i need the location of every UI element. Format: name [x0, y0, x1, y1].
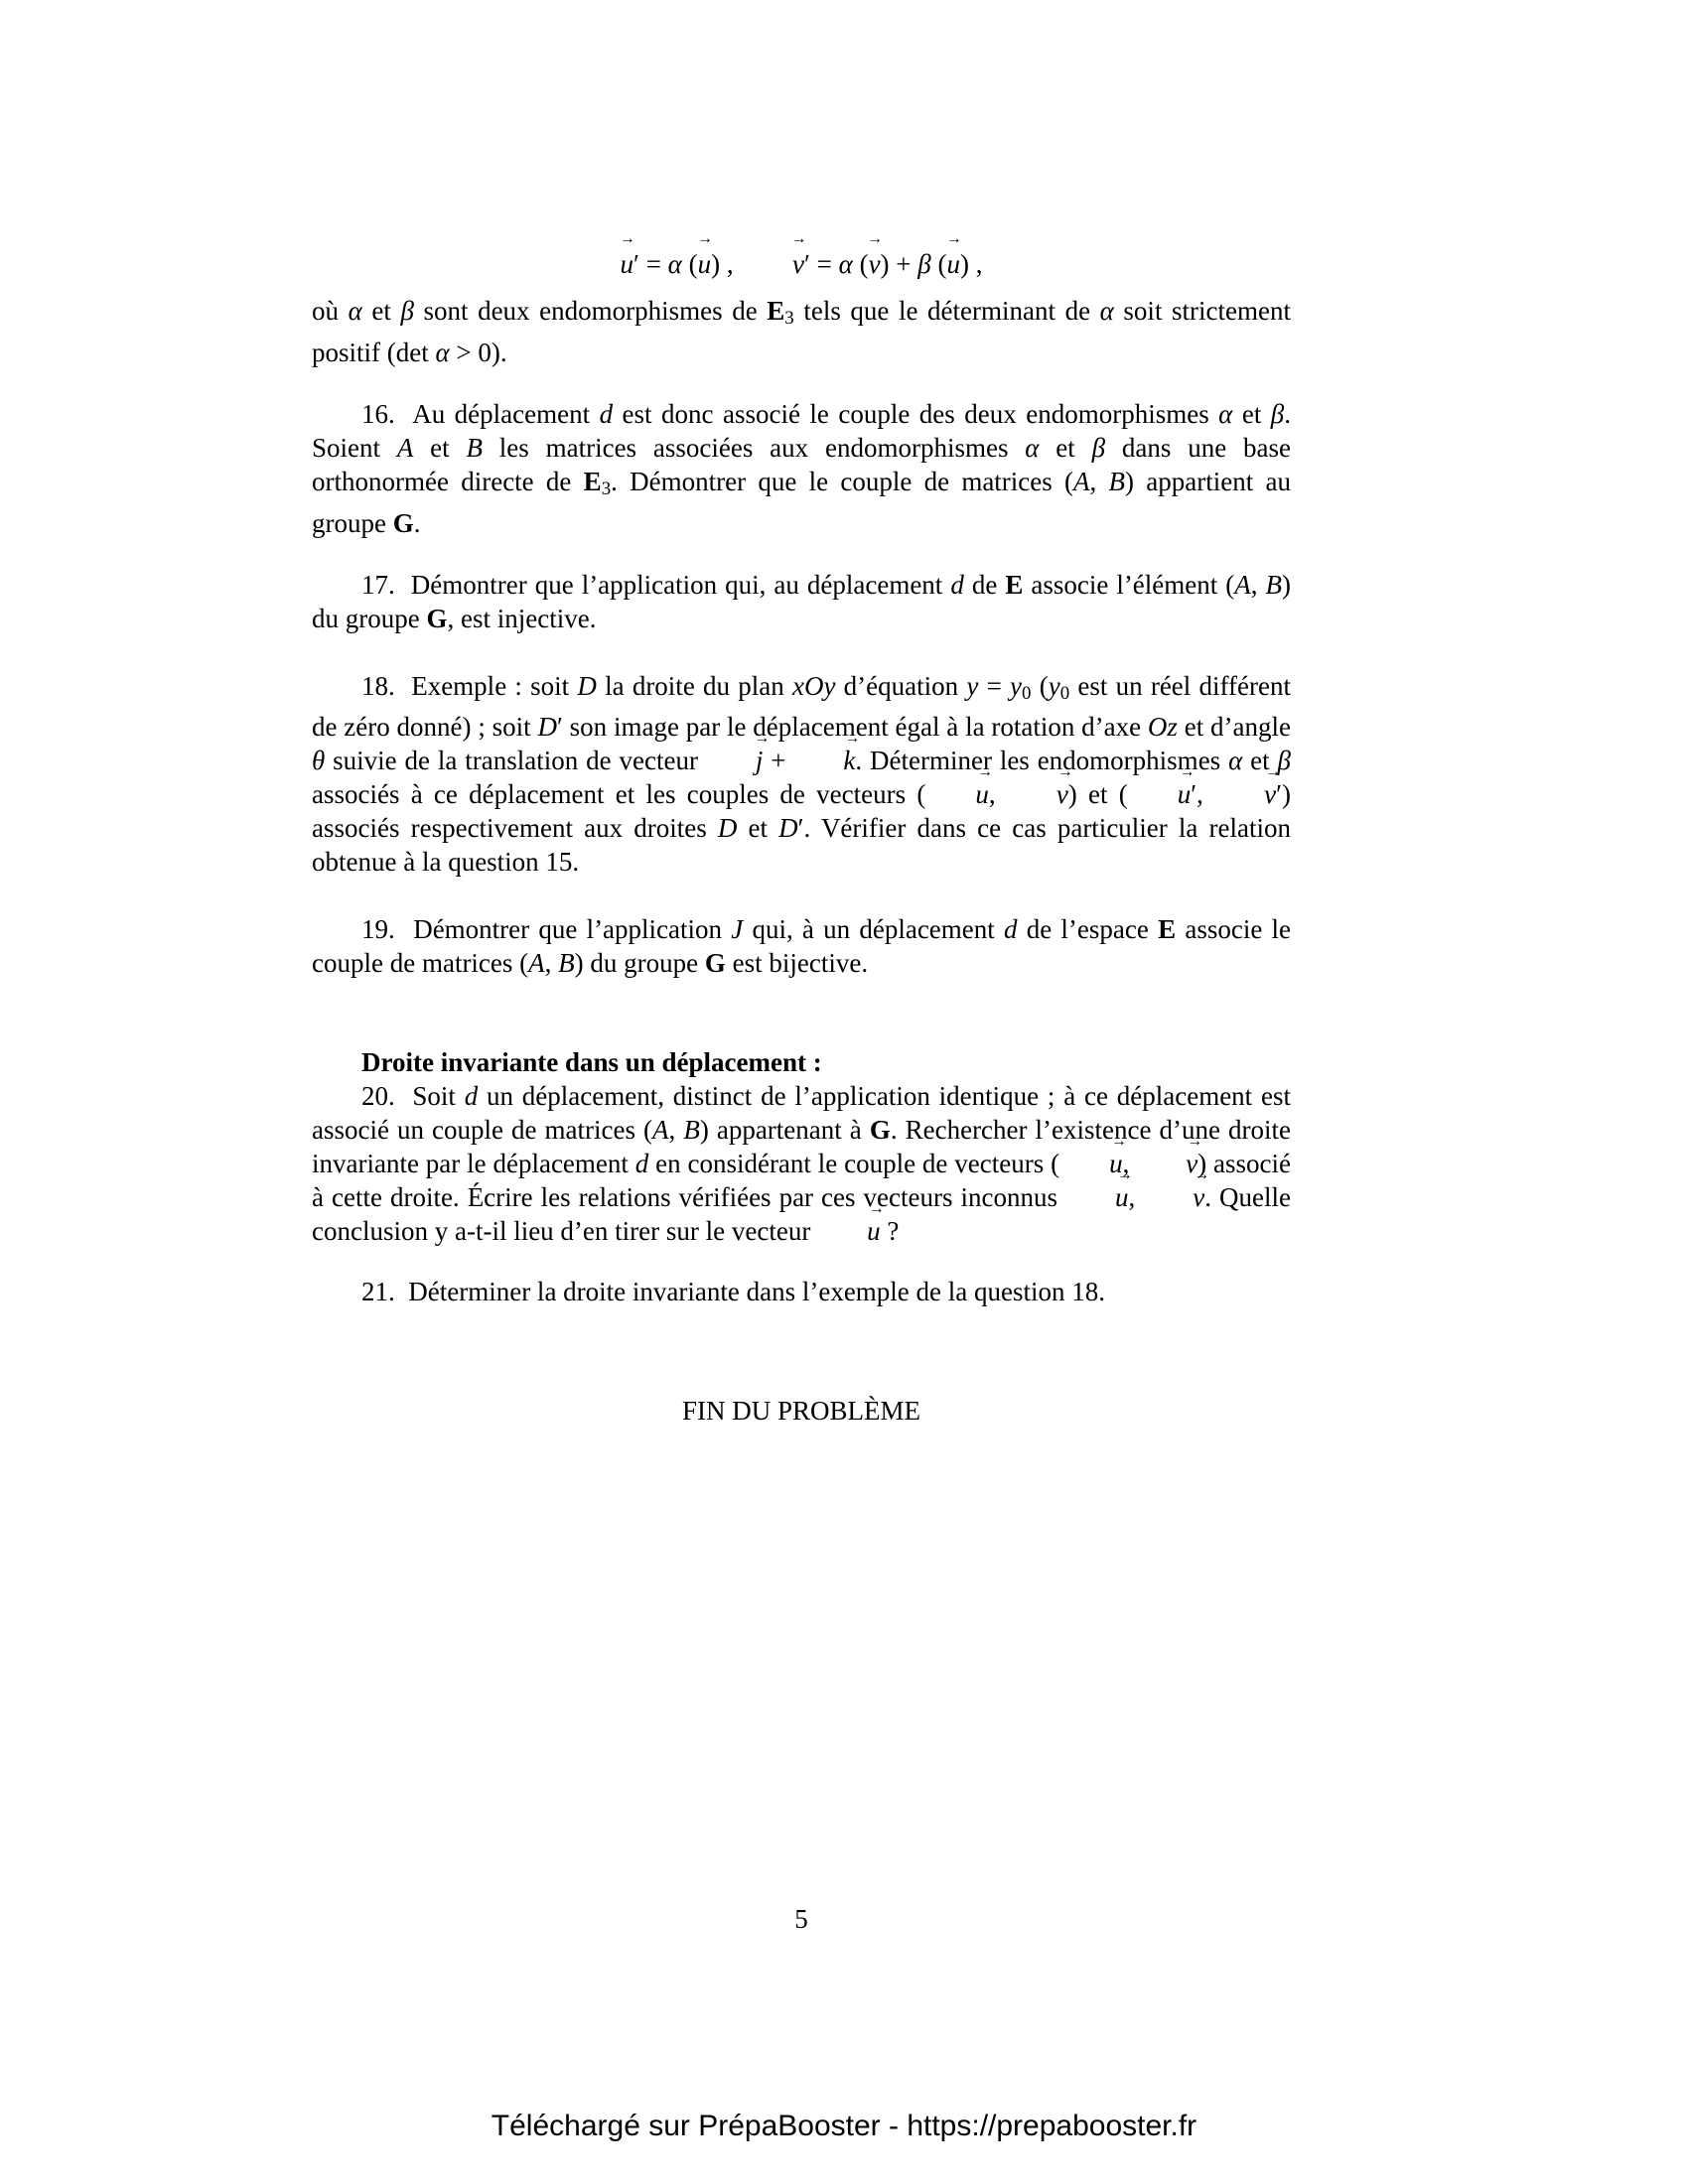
text-run: B: [466, 433, 483, 463]
text-run: G: [426, 604, 447, 633]
text-run: E: [767, 296, 784, 326]
vector-u-with-arrow-icon: u: [925, 777, 989, 811]
vector-k-with-arrow-icon: k: [793, 744, 855, 777]
text-run: tels que le déterminant de: [794, 296, 1100, 326]
text-run: y: [1049, 671, 1060, 701]
text-run: J: [731, 914, 743, 944]
text-run: d’équation: [835, 671, 966, 701]
display-formula: u′ = α (u) , v′ = α (v) + β (u) ,: [312, 244, 1291, 284]
text-run: sont deux endomorphismes de: [414, 296, 767, 326]
text-run: d: [1004, 914, 1018, 944]
text-run: et d’angle: [1178, 712, 1291, 742]
text-run: α: [1025, 433, 1039, 463]
text-run: où: [312, 296, 349, 326]
question-20: 20. Soit d un déplacement, distinct de l…: [312, 1079, 1291, 1248]
text-run: ,: [989, 779, 1007, 809]
text-run: et: [1039, 433, 1091, 463]
text-run: et: [1232, 399, 1270, 429]
intro-ou: où α et β sont deux endomorphismes de E3…: [312, 294, 1291, 369]
text-run: D: [537, 712, 557, 742]
text-run: est bijective.: [726, 948, 868, 978]
text-run: G: [705, 948, 726, 978]
vector-u-with-arrow-icon: u: [1065, 1180, 1129, 1214]
text-run: +: [763, 746, 793, 775]
text-run: d: [635, 1149, 649, 1178]
question-19: 19. Démontrer que l’application J qui, à…: [312, 912, 1291, 980]
text-run: A: [397, 433, 414, 463]
text-run: associés à ce déplacement et les couples…: [312, 779, 925, 809]
text-run: B: [683, 1115, 700, 1145]
text-run: ′,: [1191, 779, 1214, 809]
text-run: ,: [1090, 467, 1109, 496]
text-run: α: [1218, 399, 1232, 429]
text-run: ) ,: [711, 249, 734, 279]
text-run: ′ =: [633, 249, 668, 279]
text-run: ) et (: [1068, 779, 1128, 809]
text-run: α: [839, 249, 853, 279]
text-run: A: [1073, 467, 1090, 496]
text-run: B: [558, 948, 575, 978]
text-run: B: [1109, 467, 1126, 496]
vector-v-with-arrow-icon: v: [869, 244, 881, 284]
fin-du-probleme: FIN DU PROBLÈME: [312, 1394, 1291, 1428]
text-run: qui, à un déplacement: [743, 914, 1004, 944]
text-run: (: [853, 249, 869, 279]
document-body: u′ = α (u) , v′ = α (v) + β (u) ,où α et…: [312, 244, 1291, 1428]
text-run: ,: [545, 948, 559, 978]
text-run: β: [917, 249, 930, 279]
text-run: α: [435, 338, 449, 367]
vector-v-with-arrow-icon: v: [792, 244, 804, 284]
text-run: xOy: [792, 671, 835, 701]
vector-u-with-arrow-icon: u: [817, 1214, 881, 1248]
text-run: A: [528, 948, 545, 978]
text-run: 18. Exemple : soit: [361, 671, 577, 701]
text-run: les matrices associées aux endomorphisme…: [483, 433, 1025, 463]
text-run: D: [577, 671, 597, 701]
text-run: (: [1031, 671, 1048, 701]
text-run: .: [414, 508, 421, 538]
text-run: et: [362, 296, 401, 326]
text-run: 21. Déterminer la droite invariante dans…: [361, 1277, 1105, 1306]
download-footer: Téléchargé sur PrépaBooster - https://pr…: [0, 2109, 1688, 2144]
text-run: A: [1234, 570, 1251, 600]
text-run: 3: [784, 308, 793, 329]
text-run: (: [682, 249, 698, 279]
vector-v-with-arrow-icon: v: [1214, 777, 1276, 811]
text-run: ) ,: [960, 249, 983, 279]
text-run: de: [964, 570, 1006, 600]
text-run: Oz: [1148, 712, 1178, 742]
text-run: la droite du plan: [597, 671, 792, 701]
text-run: E: [1005, 570, 1023, 600]
vector-u-with-arrow-icon: u: [698, 244, 712, 284]
text-run: 17. Démontrer que l’application qui, au …: [361, 570, 950, 600]
text-run: , est injective.: [448, 604, 597, 633]
text-run: 0: [1060, 682, 1069, 703]
text-run: =: [978, 671, 1010, 701]
document-page: u′ = α (u) , v′ = α (v) + β (u) ,où α et…: [0, 0, 1688, 2184]
text-run: β: [1092, 433, 1105, 463]
text-run: d: [465, 1081, 479, 1111]
text-run: α: [668, 249, 682, 279]
vector-j-with-arrow-icon: j: [706, 744, 764, 777]
text-run: ) appartenant à: [700, 1115, 870, 1145]
question-21: 21. Déterminer la droite invariante dans…: [312, 1275, 1291, 1308]
text-run: ,: [1129, 1182, 1144, 1212]
vector-v-with-arrow-icon: v: [1143, 1180, 1204, 1214]
text-run: ′ =: [804, 249, 839, 279]
text-run: E: [584, 467, 602, 496]
vector-v-with-arrow-icon: v: [1007, 777, 1068, 811]
text-run: 20. Soit: [361, 1081, 465, 1111]
text-run: 3: [602, 478, 611, 499]
text-run: (: [931, 249, 947, 279]
text-run: α: [349, 296, 362, 326]
text-run: suivie de la translation de vecteur: [325, 746, 706, 775]
text-run: ) +: [881, 249, 918, 279]
text-run: E: [1158, 914, 1176, 944]
text-run: . Démontrer que le couple de matrices (: [611, 467, 1073, 496]
text-run: β: [1271, 399, 1284, 429]
page-number: 5: [312, 1902, 1291, 1936]
text-run: y: [966, 671, 978, 701]
question-16: 16. Au déplacement d est donc associé le…: [312, 397, 1291, 540]
text-run: > 0).: [450, 338, 507, 367]
text-run: G: [393, 508, 414, 538]
vector-u-with-arrow-icon: u: [621, 244, 634, 284]
text-run: 16. Au déplacement: [361, 399, 600, 429]
text-run: associe l’élément (: [1023, 570, 1234, 600]
text-run: d: [600, 399, 614, 429]
text-run: β: [400, 296, 413, 326]
text-run: et: [737, 813, 778, 843]
text-run: G: [870, 1115, 891, 1145]
text-run: Droite invariante dans un déplacement :: [361, 1047, 822, 1077]
text-run: D: [718, 813, 738, 843]
question-18: 18. Exemple : soit D la droite du plan x…: [312, 669, 1291, 880]
text-run: 19. Démontrer que l’application: [361, 914, 731, 944]
text-run: d: [950, 570, 964, 600]
text-run: B: [1266, 570, 1283, 600]
text-run: ,: [1251, 570, 1266, 600]
text-run: ,: [669, 1115, 684, 1145]
text-run: ) du groupe: [575, 948, 705, 978]
text-run: θ: [312, 746, 325, 775]
text-run: α: [1100, 296, 1114, 326]
vector-u-with-arrow-icon: u: [1128, 777, 1192, 811]
text-run: est donc associé le couple des deux endo…: [613, 399, 1218, 429]
text-run: et: [413, 433, 466, 463]
text-run: ?: [881, 1216, 900, 1246]
text-run: D: [778, 813, 798, 843]
heading-droite-invariante: Droite invariante dans un déplacement :: [312, 1045, 1291, 1079]
text-run: FIN DU PROBLÈME: [682, 1396, 920, 1426]
question-17: 17. Démontrer que l’application qui, au …: [312, 568, 1291, 635]
footer-text: Téléchargé sur PrépaBooster - https://pr…: [492, 2110, 1196, 2142]
text-run: A: [652, 1115, 669, 1145]
text-run: y: [1010, 671, 1022, 701]
text-run: de l’espace: [1018, 914, 1159, 944]
text-run: en considérant le couple de vecteurs (: [648, 1149, 1059, 1178]
vector-u-with-arrow-icon: u: [946, 244, 960, 284]
